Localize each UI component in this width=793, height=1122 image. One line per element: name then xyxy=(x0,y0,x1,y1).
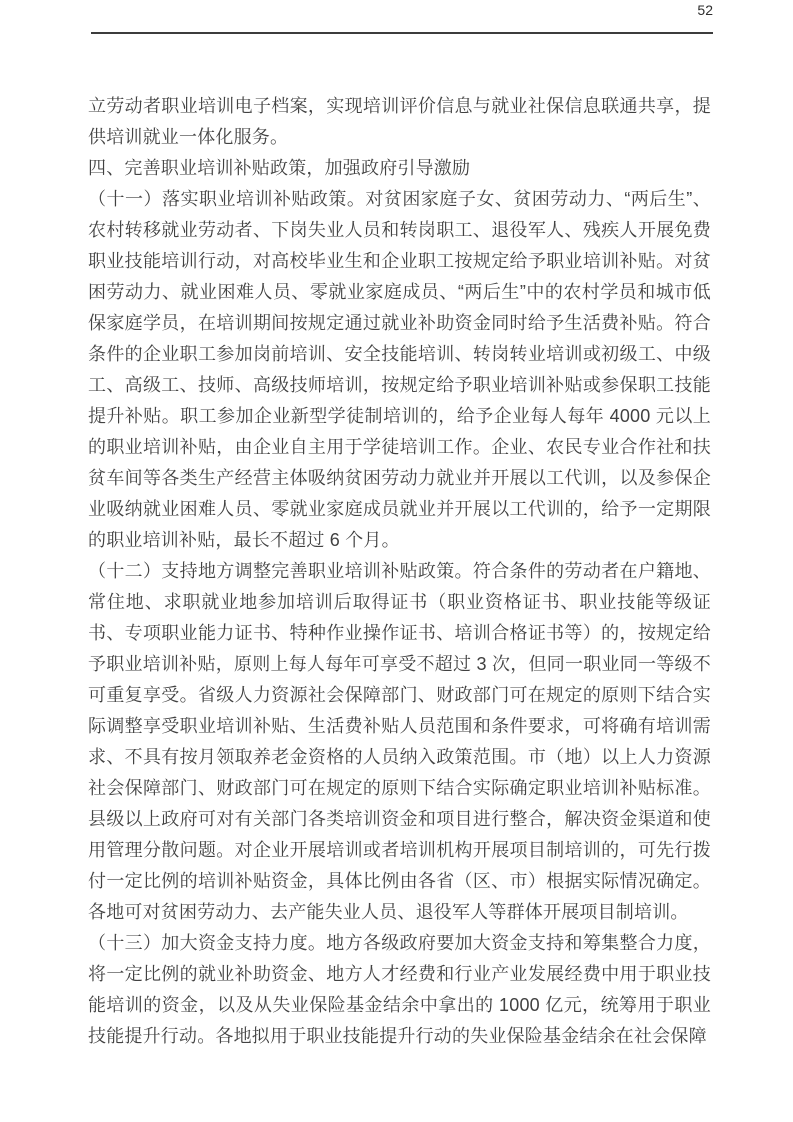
section-heading: 四、完善职业培训补贴政策，加强政府引导激励 xyxy=(88,153,711,184)
body-paragraph: （十三）加大资金支持力度。地方各级政府要加大资金支持和筹集整合力度，将一定比例的… xyxy=(88,928,711,1052)
document-body: 立劳动者职业培训电子档案，实现培训评价信息与就业社保信息联通共享，提供培训就业一… xyxy=(88,91,711,1052)
document-page: 52 立劳动者职业培训电子档案，实现培训评价信息与就业社保信息联通共享，提供培训… xyxy=(0,0,793,1122)
body-paragraph: 立劳动者职业培训电子档案，实现培训评价信息与就业社保信息联通共享，提供培训就业一… xyxy=(88,91,711,153)
header-rule xyxy=(91,32,713,34)
body-paragraph: （十一）落实职业培训补贴政策。对贫困家庭子女、贫困劳动力、“两后生”、农村转移就… xyxy=(88,184,711,556)
page-number: 52 xyxy=(697,1,713,19)
body-paragraph: （十二）支持地方调整完善职业培训补贴政策。符合条件的劳动者在户籍地、常住地、求职… xyxy=(88,556,711,928)
